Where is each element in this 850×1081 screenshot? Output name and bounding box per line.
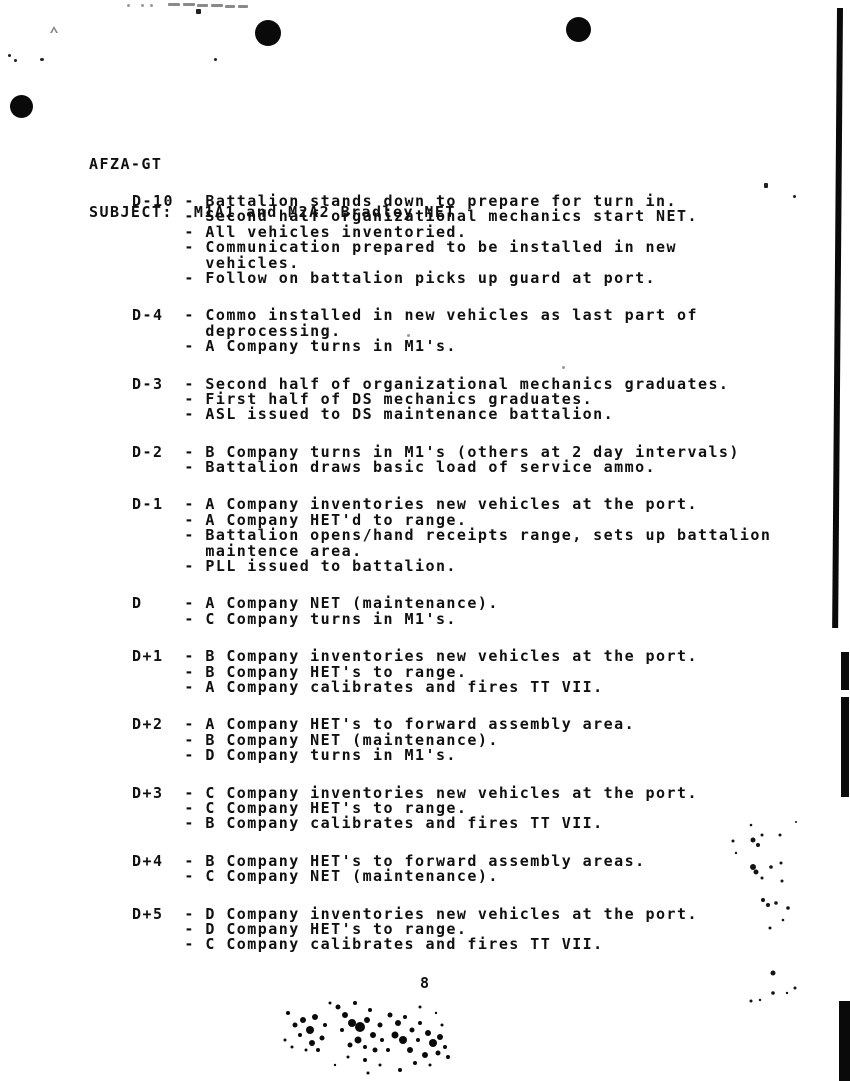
speck: [127, 4, 130, 7]
speck: [14, 59, 17, 62]
timeline-section-d-4: D-4 - Commo installed in new vehicles as…: [132, 308, 771, 354]
event-line: - PLL issued to battalion.: [132, 559, 771, 574]
scanned-memo-page: AFZA-GT SUBJECT:M1A1 and M2A2 Bradley NE…: [0, 0, 850, 1081]
timeline-body: D-10 - Battalion stands down to prepare …: [132, 194, 771, 975]
speck: [141, 4, 144, 7]
margin-speck-cluster: [725, 818, 805, 1008]
event-line: - A Company calibrates and fires TT VII.: [132, 680, 771, 695]
timeline-section-d-2: D-2 - B Company turns in M1's (others at…: [132, 445, 771, 476]
event-line: - D Company turns in M1's.: [132, 748, 771, 763]
event-line: - C Company turns in M1's.: [132, 612, 771, 627]
timeline-section-dplus1: D+1 - B Company inventories new vehicles…: [132, 649, 771, 695]
scan-edge-bar-segment: [841, 652, 849, 690]
page-number: 8: [420, 976, 430, 991]
office-symbol: AFZA-GT: [89, 156, 456, 172]
scan-edge-bar-segment: [839, 1001, 850, 1081]
timeline-section-d: D - A Company NET (maintenance). - C Com…: [132, 596, 771, 627]
timeline-section-dplus3: D+3 - C Company inventories new vehicles…: [132, 786, 771, 832]
event-line: - A Company turns in M1's.: [132, 339, 771, 354]
event-line: - Battalion draws basic load of service …: [132, 460, 771, 475]
hole-punch-mark: [566, 17, 591, 42]
speck: [793, 195, 796, 198]
speck: [196, 9, 201, 14]
scan-edge-bar-segment: [841, 697, 849, 797]
hole-punch-mark: [255, 20, 281, 46]
speck: [214, 58, 217, 61]
timeline-section-dplus2: D+2 - A Company HET's to forward assembl…: [132, 717, 771, 763]
dash-mark: [183, 3, 195, 6]
speck: [8, 54, 11, 57]
event-line: - ASL issued to DS maintenance battalion…: [132, 407, 771, 422]
event-line: - C Company calibrates and fires TT VII.: [132, 937, 771, 952]
speck: [764, 183, 768, 188]
dash-mark: [238, 5, 248, 8]
timeline-section-d-1: D-1 - A Company inventories new vehicles…: [132, 497, 771, 574]
scan-edge-bar-segment: [832, 8, 843, 628]
dash-mark: [211, 4, 223, 7]
event-line: - C Company NET (maintenance).: [132, 869, 771, 884]
event-line: - B Company calibrates and fires TT VII.: [132, 816, 771, 831]
timeline-section-d-3: D-3 - Second half of organizational mech…: [132, 377, 771, 423]
speck: [150, 4, 153, 7]
dash-mark: [225, 5, 235, 8]
dash-mark: [168, 3, 180, 6]
timeline-section-dplus4: D+4 - B Company HET's to forward assembl…: [132, 854, 771, 885]
dash-mark: [197, 4, 208, 7]
timeline-section-d-10: D-10 - Battalion stands down to prepare …: [132, 194, 771, 286]
hole-punch-mark: [10, 95, 33, 118]
speck: [40, 58, 44, 61]
timeline-section-dplus5: D+5 - D Company inventories new vehicles…: [132, 907, 771, 953]
triangle-speck: [50, 26, 58, 33]
event-line: - Follow on battalion picks up guard at …: [132, 271, 771, 286]
ink-smudge: [270, 995, 450, 1081]
